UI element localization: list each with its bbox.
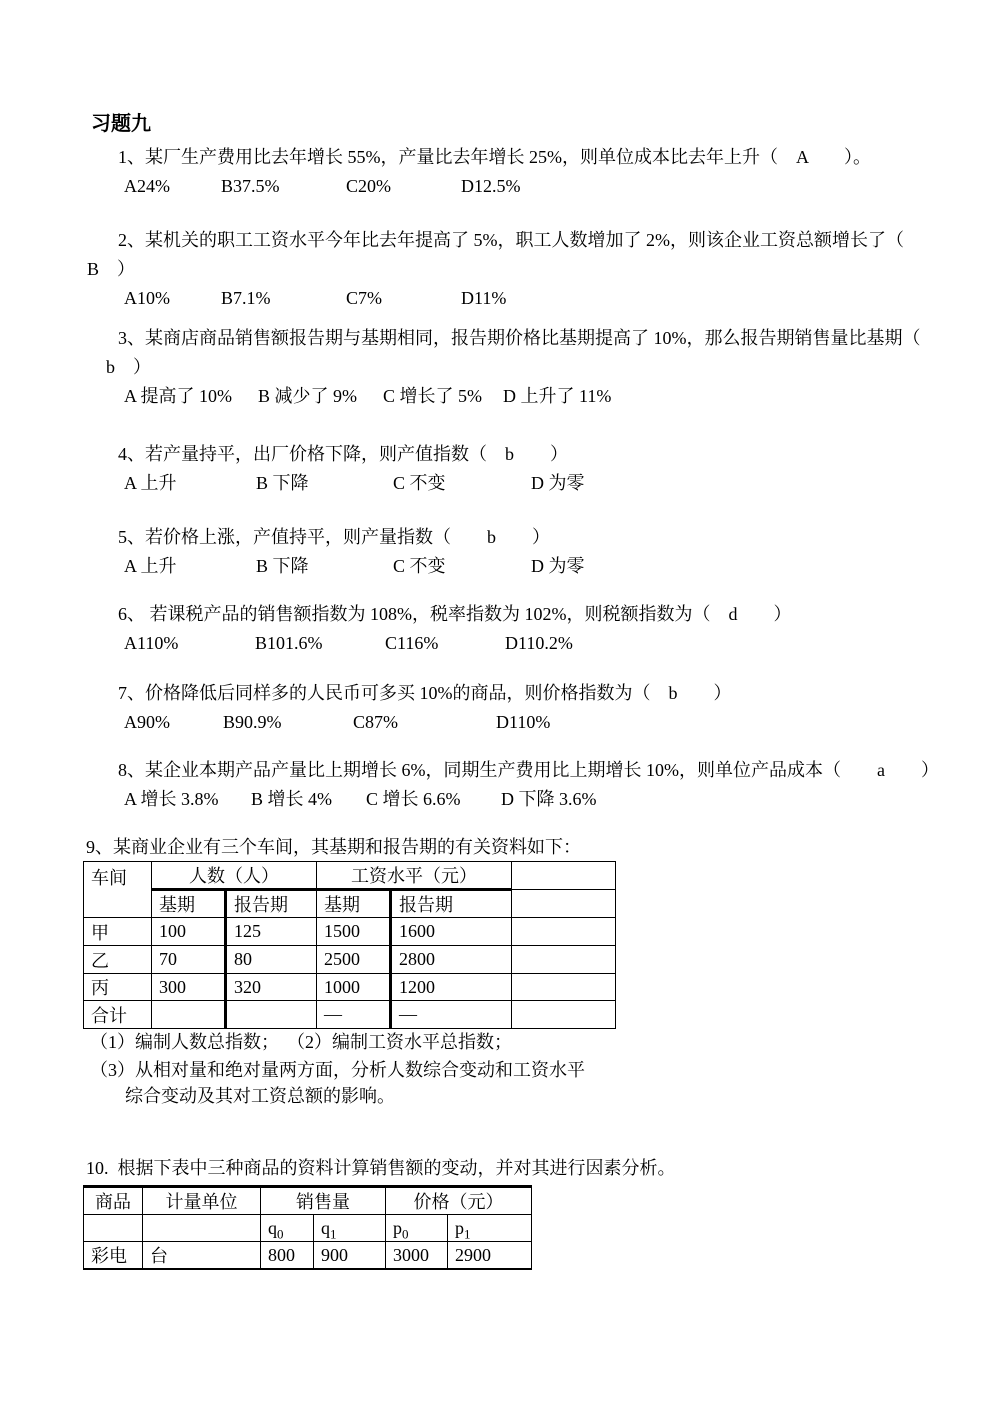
cell-people-report: 125 (226, 918, 317, 946)
cell-wage-report: — (391, 1001, 512, 1029)
document-page: 习题九 1、某厂生产费用比去年增长 55%，产量比去年增长 25%，则单位成本比… (0, 0, 993, 1404)
cell-q0: 800 (261, 1242, 314, 1270)
symbol-base: p (455, 1218, 464, 1238)
question-2-options: A10% B7.1% C7% D11% (124, 284, 963, 313)
table-row: 丙 300 320 1000 1200 (84, 974, 616, 1001)
option-a: A10% (124, 284, 221, 313)
table-row: 基期 报告期 基期 报告期 (84, 890, 616, 918)
option-d: D 上升了 11% (503, 382, 611, 411)
empty-cell (84, 1215, 143, 1242)
symbol-subscript: 0 (402, 1226, 409, 1241)
option-d: D12.5% (461, 172, 521, 201)
empty-cell (512, 862, 616, 890)
option-b: B101.6% (255, 629, 385, 658)
question-4-text: 4、若产量持平，出厂价格下降，则产值指数（ b ） (118, 440, 963, 469)
empty-cell (512, 946, 616, 974)
cell-people-report: 320 (226, 974, 317, 1001)
question-10-text: 10. 根据下表中三种商品的资料计算销售额的变动，并对其进行因素分析。 (86, 1154, 963, 1183)
option-a: A24% (124, 172, 221, 201)
cell-people-base (152, 1001, 226, 1029)
subheader-q0: q0 (261, 1215, 314, 1242)
symbol-base: q (268, 1218, 277, 1238)
option-c: C7% (346, 284, 461, 313)
option-d: D110% (496, 708, 550, 737)
cell-q1: 900 (314, 1242, 386, 1270)
question-1-text: 1、某厂生产费用比去年增长 55%，产量比去年增长 25%，则单位成本比去年上升… (118, 143, 963, 172)
option-b: B37.5% (221, 172, 346, 201)
cell-workshop: 合计 (84, 1001, 152, 1029)
question-5-options: A 上升 B 下降 C 不变 D 为零 (124, 552, 963, 581)
q9-subtask-1-2: （1）编制人数总指数；（2）编制工资水平总指数； (90, 1029, 963, 1055)
cell-p0: 3000 (386, 1242, 448, 1270)
option-b: B 增长 4% (251, 785, 366, 814)
q9-subtask-1: （1）编制人数总指数； (90, 1029, 287, 1055)
option-a: A 上升 (124, 552, 256, 581)
header-product: 商品 (84, 1187, 143, 1215)
question-2-text: 2、某机关的职工工资水平今年比去年提高了 5%，职工人数增加了 2%，则该企业工… (118, 226, 963, 255)
option-a: A90% (124, 708, 223, 737)
subheader-p1: p1 (448, 1215, 532, 1242)
option-d: D11% (461, 284, 506, 313)
option-c: C 增长 6.6% (366, 785, 501, 814)
question-6-text: 6、 若课税产品的销售额指数为 108%，税率指数为 102%，则税额指数为（ … (118, 600, 963, 629)
header-wage: 工资水平（元） (317, 862, 512, 890)
question-5-text: 5、若价格上涨，产值持平，则产量指数（ b ） (118, 523, 963, 552)
question-6-options: A110% B101.6% C116% D110.2% (124, 629, 963, 658)
cell-people-base: 100 (152, 918, 226, 946)
option-c: C20% (346, 172, 461, 201)
cell-wage-report: 1600 (391, 918, 512, 946)
cell-people-base: 70 (152, 946, 226, 974)
option-b: B 下降 (256, 552, 393, 581)
q9-subtask-3: （3）从相对量和绝对量两方面，分析人数综合变动和工资水平 (90, 1057, 963, 1083)
question-3-text: 3、某商店商品销售额报告期与基期相同，报告期价格比基期提高了 10%，那么报告期… (118, 324, 963, 353)
subheader-p0: p0 (386, 1215, 448, 1242)
option-c: C 增长了 5% (383, 382, 503, 411)
header-people: 人数（人） (152, 862, 317, 890)
option-b: B90.9% (223, 708, 353, 737)
cell-p1: 2900 (448, 1242, 532, 1270)
option-a: A110% (124, 629, 255, 658)
table-row: 合计 — — (84, 1001, 616, 1029)
table-row: 商品 计量单位 销售量 价格（元） (84, 1187, 532, 1215)
option-c: C 不变 (393, 552, 531, 581)
option-b: B 减少了 9% (258, 382, 383, 411)
cell-people-report: 80 (226, 946, 317, 974)
option-c: C 不变 (393, 469, 531, 498)
question-8-options: A 增长 3.8% B 增长 4% C 增长 6.6% D 下降 3.6% (124, 785, 963, 814)
q10-table: 商品 计量单位 销售量 价格（元） q0 q1 p0 p1 彩电 台 800 9… (83, 1185, 532, 1270)
table-row: 车间 人数（人） 工资水平（元） (84, 862, 616, 890)
cell-workshop: 乙 (84, 946, 152, 974)
question-7-text: 7、价格降低后同样多的人民币可多买 10%的商品，则价格指数为（ b ） (118, 679, 963, 708)
question-3-options: A 提高了 10% B 减少了 9% C 增长了 5% D 上升了 11% (124, 382, 963, 411)
question-7-options: A90% B90.9% C87% D110% (124, 708, 963, 737)
header-base-people: 基期 (152, 890, 226, 918)
table-row: 乙 70 80 2500 2800 (84, 946, 616, 974)
table-row: q0 q1 p0 p1 (84, 1215, 532, 1242)
option-b: B7.1% (221, 284, 346, 313)
cell-wage-base: — (317, 1001, 391, 1029)
subheader-q1: q1 (314, 1215, 386, 1242)
cell-workshop: 甲 (84, 918, 152, 946)
question-8-text: 8、某企业本期产品产量比上期增长 6%，同期生产费用比上期增长 10%，则单位产… (118, 756, 963, 785)
header-price: 价格（元） (386, 1187, 532, 1215)
empty-cell (512, 974, 616, 1001)
question-3-answer-line: b ） (106, 353, 963, 382)
question-2-answer-line: B ） (87, 255, 963, 284)
cell-unit: 台 (143, 1242, 261, 1270)
cell-wage-base: 1500 (317, 918, 391, 946)
question-1-options: A24% B37.5% C20% D12.5% (124, 172, 963, 201)
symbol-base: p (393, 1218, 402, 1238)
q9-table: 车间 人数（人） 工资水平（元） 基期 报告期 基期 报告期 甲 100 125… (83, 861, 616, 1029)
question-4-options: A 上升 B 下降 C 不变 D 为零 (124, 469, 963, 498)
table-row: 甲 100 125 1500 1600 (84, 918, 616, 946)
symbol-subscript: 0 (277, 1226, 284, 1241)
option-d: D 下降 3.6% (501, 785, 597, 814)
cell-people-base: 300 (152, 974, 226, 1001)
header-base-wage: 基期 (317, 890, 391, 918)
option-d: D 为零 (531, 469, 585, 498)
option-d: D 为零 (531, 552, 585, 581)
option-c: C116% (385, 629, 505, 658)
option-b: B 下降 (256, 469, 393, 498)
option-a: A 上升 (124, 469, 256, 498)
symbol-subscript: 1 (464, 1226, 471, 1241)
header-report-people: 报告期 (226, 890, 317, 918)
cell-workshop: 丙 (84, 974, 152, 1001)
q9-subtask-3-continued: 综合变动及其对工资总额的影响。 (125, 1083, 963, 1109)
empty-cell (512, 890, 616, 918)
option-d: D110.2% (505, 629, 573, 658)
question-9-text: 9、某商业企业有三个车间，其基期和报告期的有关资料如下： (86, 834, 963, 860)
header-report-wage: 报告期 (391, 890, 512, 918)
cell-wage-base: 2500 (317, 946, 391, 974)
page-title: 习题九 (91, 113, 963, 135)
cell-wage-report: 2800 (391, 946, 512, 974)
symbol-subscript: 1 (330, 1226, 337, 1241)
cell-wage-base: 1000 (317, 974, 391, 1001)
cell-product: 彩电 (84, 1242, 143, 1270)
header-workshop: 车间 (84, 862, 152, 918)
header-sales: 销售量 (261, 1187, 386, 1215)
empty-cell (512, 918, 616, 946)
symbol-base: q (321, 1218, 330, 1238)
q9-subtask-2: （2）编制工资水平总指数； (287, 1032, 512, 1052)
option-c: C87% (353, 708, 496, 737)
cell-people-report (226, 1001, 317, 1029)
table-row: 彩电 台 800 900 3000 2900 (84, 1242, 532, 1270)
cell-wage-report: 1200 (391, 974, 512, 1001)
empty-cell (143, 1215, 261, 1242)
header-unit: 计量单位 (143, 1187, 261, 1215)
empty-cell (512, 1001, 616, 1029)
option-a: A 提高了 10% (124, 382, 258, 411)
option-a: A 增长 3.8% (124, 785, 251, 814)
